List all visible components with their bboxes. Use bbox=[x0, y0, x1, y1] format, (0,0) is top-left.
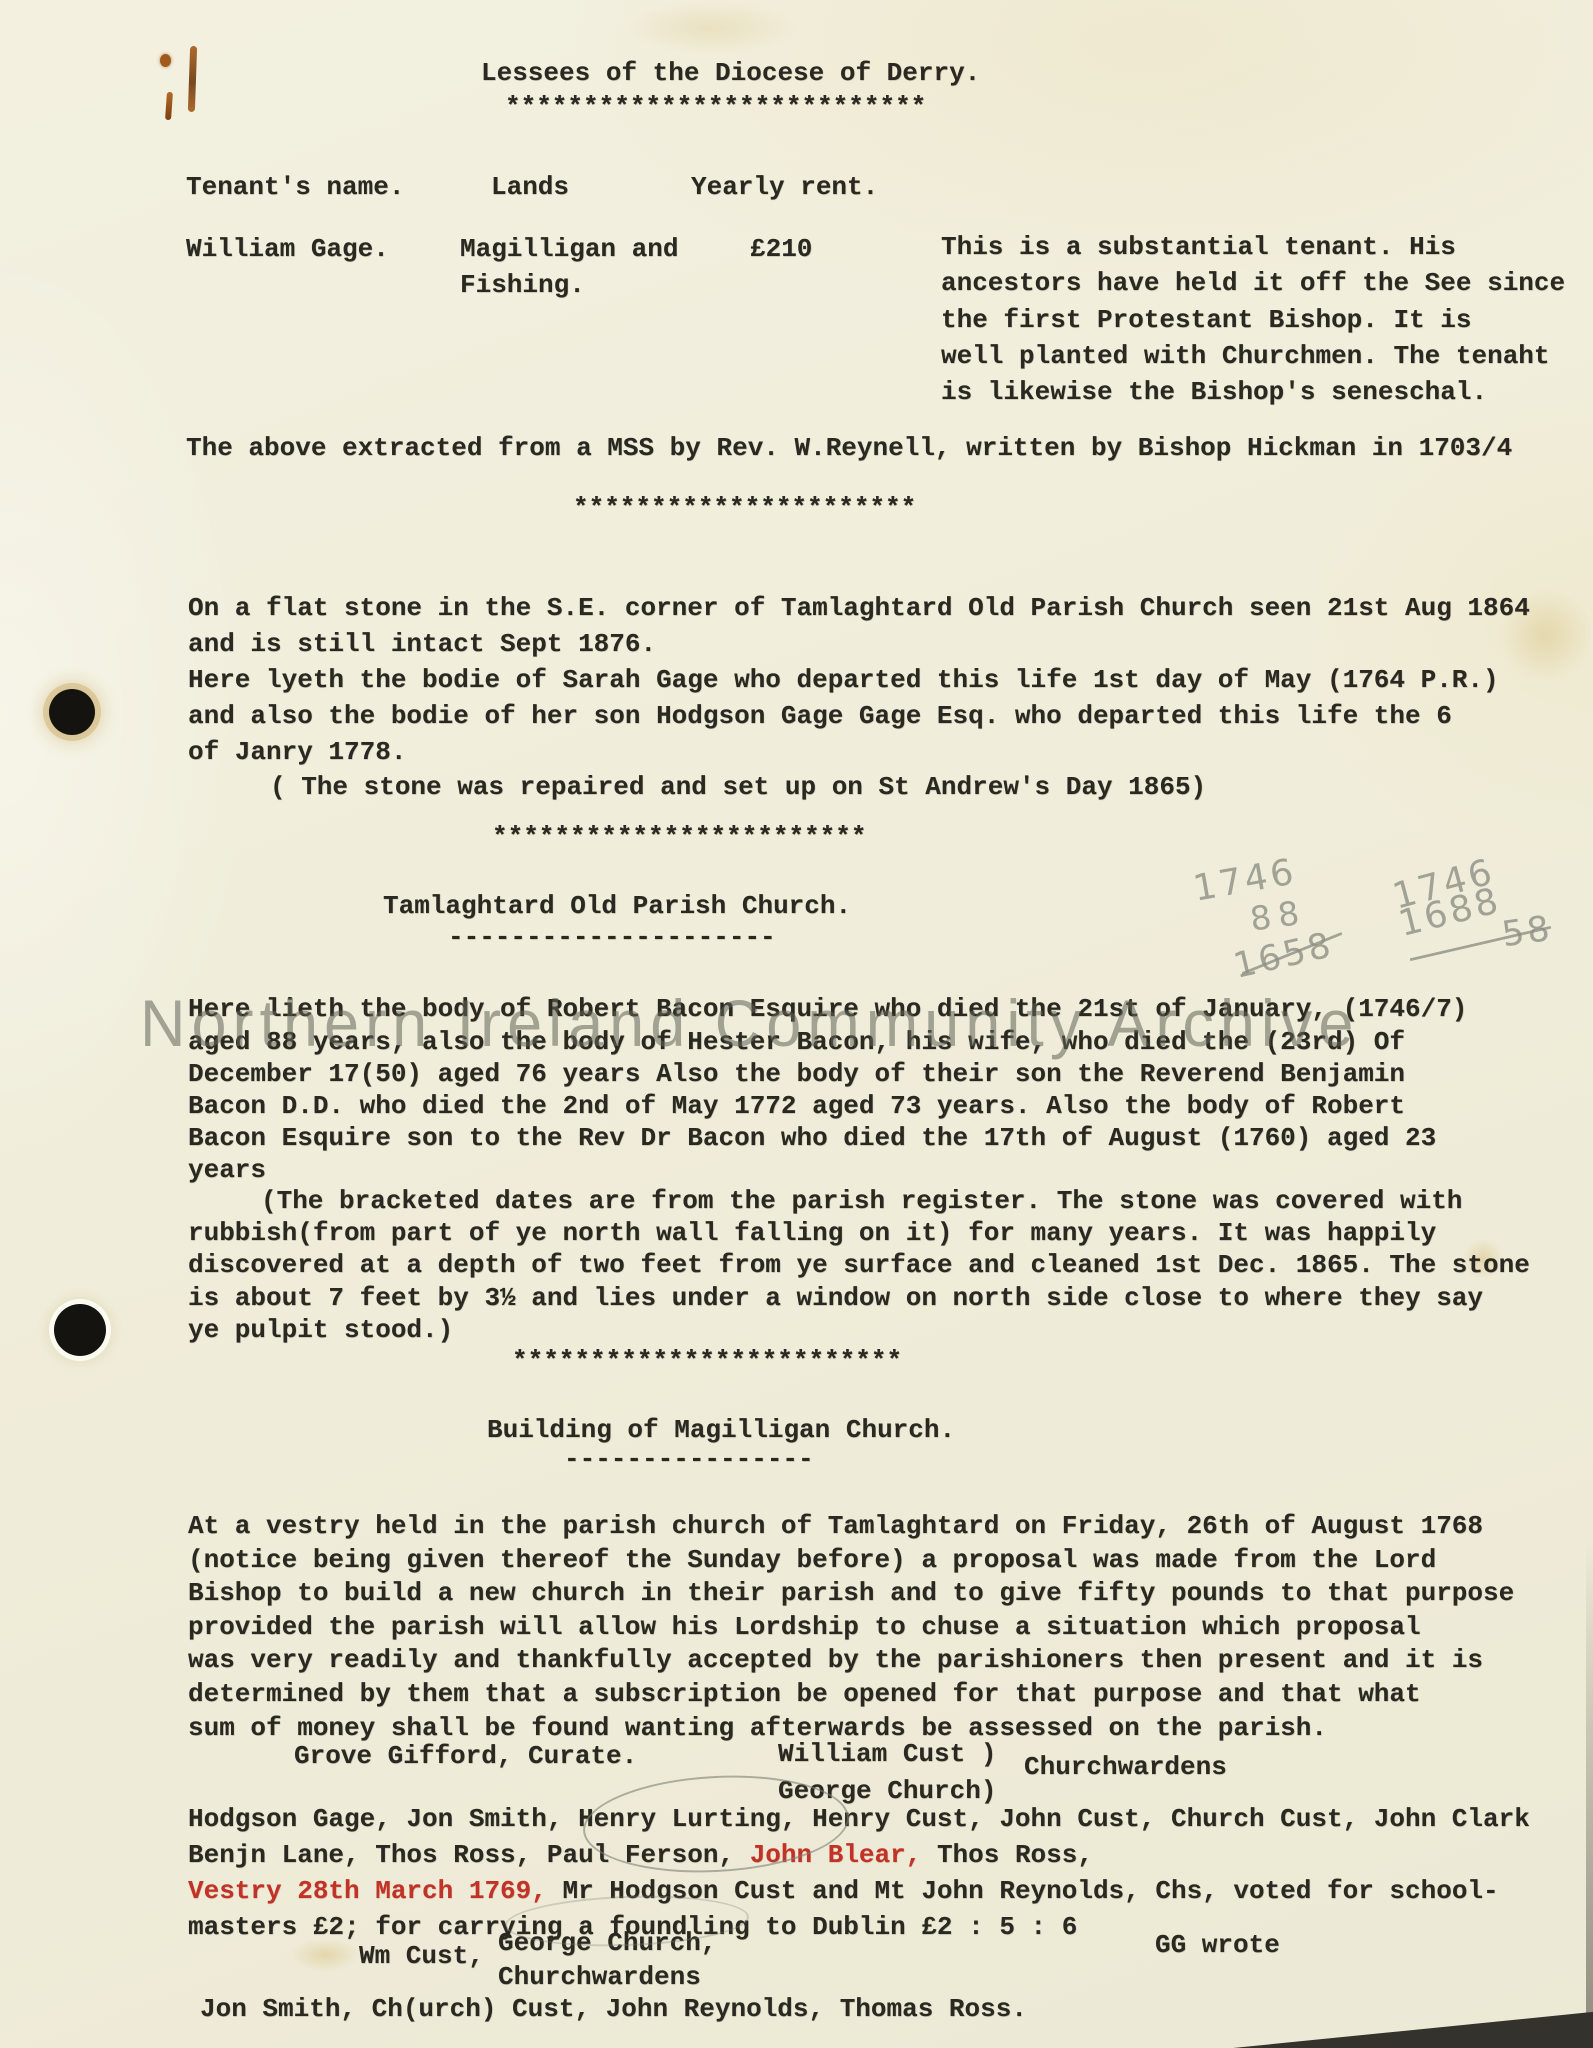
flat-stone-line: and also the bodie of her son Hodgson Ga… bbox=[188, 701, 1452, 732]
churchwardens-label: Churchwardens bbox=[1024, 1752, 1227, 1783]
flat-stone-line: Here lyeth the bodie of Sarah Gage who d… bbox=[188, 665, 1499, 696]
archive-watermark: Northern Ireland Community Archive bbox=[140, 986, 1359, 1062]
gg-wrote-note: GG wrote bbox=[1155, 1930, 1280, 1961]
attendees-line-1: Hodgson Gage, Jon Smith, Henry Lurting, … bbox=[188, 1804, 1530, 1835]
vestry-1769-date-red: Vestry 28th March 1769, bbox=[188, 1876, 562, 1906]
paper-stain bbox=[620, 0, 800, 55]
rust-mark-streak-2 bbox=[188, 46, 197, 112]
lands-line-2: Fishing. bbox=[460, 270, 585, 301]
closing-churchwardens-label: Churchwardens bbox=[498, 1962, 701, 1993]
closing-wm-cust: Wm Cust, bbox=[359, 1941, 484, 1972]
register-note-line: (The bracketed dates are from the parish… bbox=[261, 1186, 1462, 1217]
register-note-line: discovered at a depth of two feet from y… bbox=[188, 1250, 1530, 1281]
vestry-line: At a vestry held in the parish church of… bbox=[188, 1511, 1483, 1542]
curate-signature: Grove Gifford, Curate. bbox=[294, 1741, 637, 1772]
lands-line-1: Magilligan and bbox=[460, 234, 678, 265]
separator-stars: ********************** bbox=[573, 493, 916, 524]
title-underline-stars: *************************** bbox=[505, 92, 926, 123]
rust-mark-streak-1 bbox=[165, 92, 173, 120]
column-header-tenant: Tenant's name. bbox=[186, 172, 404, 203]
register-note-line: rubbish(from part of ye north wall falli… bbox=[188, 1218, 1436, 1249]
page-title: Lessees of the Diocese of Derry. bbox=[481, 58, 980, 89]
section-heading-building: Building of Magilligan Church. bbox=[487, 1415, 955, 1446]
separator-stars: ************************* bbox=[512, 1346, 902, 1377]
scan-edge-right bbox=[1586, 1540, 1593, 2048]
document-page: Lessees of the Diocese of Derry. *******… bbox=[0, 0, 1593, 2048]
vestry-line: sum of money shall be found wanting afte… bbox=[188, 1713, 1327, 1744]
vestry-line: was very readily and thankfully accepted… bbox=[188, 1645, 1483, 1676]
remark-line: ancestors have held it off the See since bbox=[941, 268, 1565, 299]
vestry-line: determined by them that a subscription b… bbox=[188, 1679, 1421, 1710]
inscription-line: years bbox=[188, 1155, 266, 1186]
column-header-rent: Yearly rent. bbox=[691, 172, 878, 203]
hole-punch-bottom bbox=[54, 1304, 106, 1356]
attendees-line2-part3: Thos Ross, bbox=[937, 1840, 1093, 1870]
remark-line: the first Protestant Bishop. It is bbox=[941, 305, 1472, 336]
section-heading-underline: --------------------- bbox=[448, 922, 776, 953]
flat-stone-line: of Janry 1778. bbox=[188, 737, 406, 768]
vestry-line: (notice being given thereof the Sunday b… bbox=[188, 1545, 1436, 1576]
inscription-line: December 17(50) aged 76 years Also the b… bbox=[188, 1059, 1405, 1090]
closing-final-line: Jon Smith, Ch(urch) Cust, John Reynolds,… bbox=[200, 1994, 1027, 2025]
vestry-line: Bishop to build a new church in their pa… bbox=[188, 1578, 1514, 1609]
inscription-line: Bacon Esquire son to the Rev Dr Bacon wh… bbox=[188, 1123, 1436, 1154]
churchwarden-1: William Cust ) bbox=[778, 1739, 996, 1770]
register-note-line: ye pulpit stood.) bbox=[188, 1315, 453, 1346]
scan-edge-corner bbox=[1233, 2004, 1593, 2048]
vestry-1769-line: Vestry 28th March 1769, Mr Hodgson Cust … bbox=[188, 1876, 1499, 1907]
hole-punch-top bbox=[49, 689, 95, 735]
inscription-line: Bacon D.D. who died the 2nd of May 1772 … bbox=[188, 1091, 1405, 1122]
section-heading-tamlaghtard: Tamlaghtard Old Parish Church. bbox=[383, 891, 851, 922]
section-heading-underline: ---------------- bbox=[564, 1444, 814, 1475]
flat-stone-repair-note: ( The stone was repaired and set up on S… bbox=[270, 772, 1206, 803]
vestry-line: provided the parish will allow his Lords… bbox=[188, 1612, 1421, 1643]
flat-stone-line: On a flat stone in the S.E. corner of Ta… bbox=[188, 593, 1530, 624]
register-note-line: is about 7 feet by 3½ and lies under a w… bbox=[188, 1283, 1483, 1314]
remark-line: is likewise the Bishop's seneschal. bbox=[941, 377, 1487, 408]
source-note: The above extracted from a MSS by Rev. W… bbox=[186, 433, 1512, 464]
rust-mark-dot bbox=[160, 54, 171, 67]
pencil-calc-right-line3: 58 bbox=[1499, 909, 1555, 956]
yearly-rent-value: £210 bbox=[750, 234, 812, 265]
remark-line: well planted with Churchmen. The tenaht bbox=[941, 341, 1550, 372]
separator-stars: ************************ bbox=[492, 822, 866, 853]
remark-line: This is a substantial tenant. His bbox=[941, 232, 1456, 263]
pencil-calc-left-line3: 1658 bbox=[1230, 925, 1337, 987]
tenant-name: William Gage. bbox=[186, 234, 389, 265]
flat-stone-line: and is still intact Sept 1876. bbox=[188, 629, 656, 660]
column-header-lands: Lands bbox=[491, 172, 569, 203]
